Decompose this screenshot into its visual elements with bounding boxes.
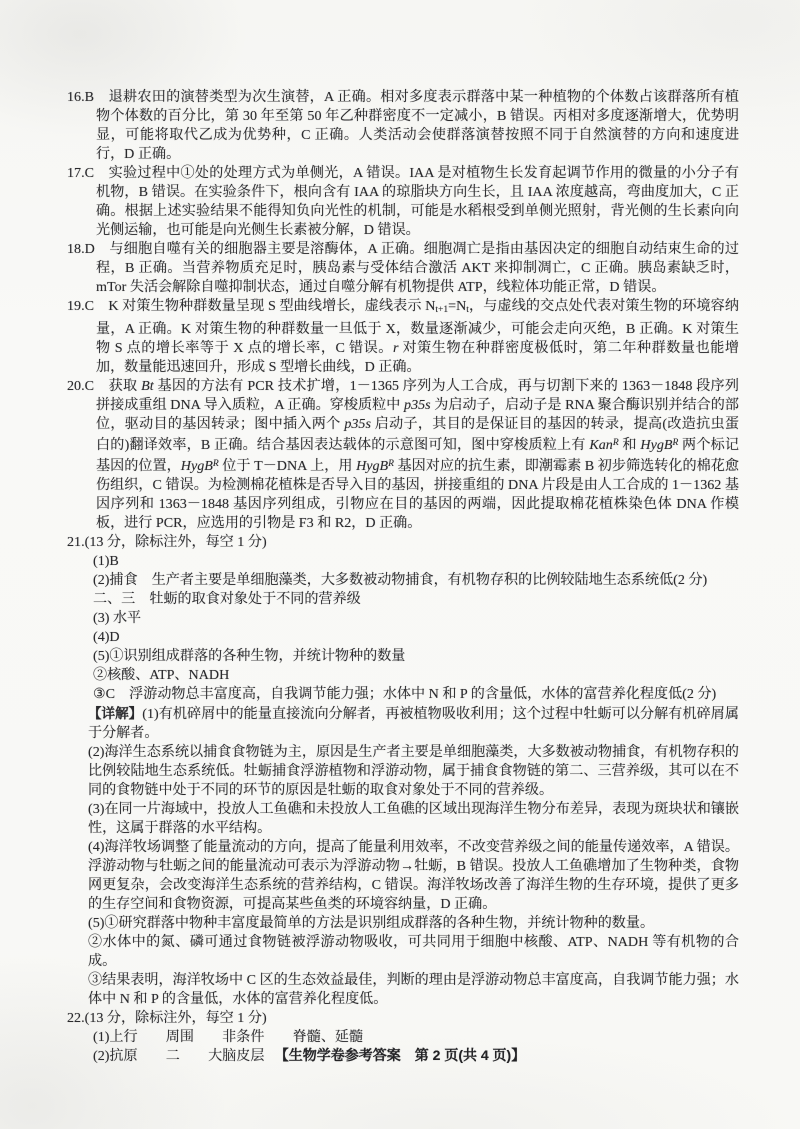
answer-21-5-1: (5)①识别组成群落的各种生物，并统计物种的数量 [93, 647, 739, 666]
answer-20: 20.C 获取 Bt 基因的方法有 PCR 技术扩增，1－1365 序列为人工合… [67, 377, 739, 533]
answer-text-run: ③C 浮游动物总丰富度高，自我调节能力强；水体中 N 和 P 的含量低，水体的富… [93, 686, 716, 702]
answer-text-run: 和 [619, 437, 641, 453]
answer-text-run: HygB [640, 437, 672, 453]
detail-21-1: 【详解】(1)有机碎屑中的能量直接流向分解者，再被植物吸收利用；这个过程中牡蛎可… [88, 704, 739, 743]
answer-text-run: 获取 [94, 378, 141, 394]
detail-21-5-1: (5)①研究群落中物种丰富度最简单的方法是识别组成群落的各种生物，并统计物种的数… [88, 914, 739, 933]
answer-17: 17.C 实验过程中①处的处理方式为单侧光，A 错误。IAA 是对植物生长发育起… [67, 164, 739, 240]
answer-21-1: (1)B [93, 552, 739, 571]
answer-21-2: (2)捕食 生产者主要是单细胞藻类，大多数被动物捕食，有机物存积的比例较陆地生态… [93, 571, 739, 590]
answer-text-run: p35s [344, 416, 371, 432]
answer-text-run: (1)上行 周围 非条件 脊髓、延髓 [93, 1029, 363, 1045]
answer-text-run: ②核酸、ATP、NADH [93, 667, 229, 683]
answers-list: 16.B 退耕农田的演替类型为次生演替，A 正确。相对多度表示群落中某一种植物的… [67, 88, 739, 1066]
answer-19: 19.C K 对策生物种群数量呈现 S 型曲线增长，虚线表示 Nt+1=Nt，与… [67, 297, 739, 377]
answer-text-run: (5)①研究群落中物种丰富度最简单的方法是识别组成群落的各种生物，并统计物种的数… [88, 915, 654, 931]
detail-21-4: (4)海洋牧场调整了能量流动的方向，提高了能量利用效率，不改变营养级之间的能量传… [88, 838, 739, 914]
detail-21-2: (2)海洋生态系统以捕食食物链为主，原因是生产者主要是单细胞藻类，大多数被动物捕… [88, 743, 739, 800]
answer-text-run: 实验过程中①处的处理方式为单侧光，A 错误。IAA 是对植物生长发育起调节作用的… [94, 165, 739, 238]
answer-text-run: 【详解】 [88, 706, 142, 721]
answer-number: 20.C [67, 378, 94, 394]
answer-text-run: ③结果表明，海洋牧场中 C 区的生态效益最佳，判断的理由是浮游动物总丰富度高，自… [88, 972, 739, 1007]
answer-text-run: K 对策生物种群数量呈现 S 型曲线增长，虚线表示 N [94, 298, 435, 314]
answer-text-run: HygB [181, 458, 213, 474]
answer-number: 19.C [67, 298, 94, 314]
answer-text-run: 二、三 牡蛎的取食对象处于不同的营养级 [93, 591, 361, 607]
answer-text-run: (1)B [93, 553, 119, 569]
answer-text-run: p35s [404, 397, 431, 413]
answer-21-3: (3) 水平 [93, 609, 739, 628]
detail-21-5-2: ②水体中的氮、磷可通过食物链被浮游动物吸收，可共同用于细胞中核酸、ATP、NAD… [88, 933, 739, 971]
answer-text-run: t+1 [435, 305, 448, 315]
answer-text-run: 与细胞自噬有关的细胞器主要是溶酶体，A 正确。细胞凋亡是指由基因决定的细胞自动结… [95, 241, 739, 295]
answer-text-run: (4)D [93, 629, 120, 645]
answer-21-5-2: ②核酸、ATP、NADH [93, 666, 739, 685]
answer-text-run: Bt [141, 378, 154, 394]
answer-21-2b: 二、三 牡蛎的取食对象处于不同的营养级 [93, 590, 739, 609]
page-footer: 【生物学卷参考答案 第 2 页(共 4 页)】 [0, 1045, 800, 1065]
answer-text-run: Kan [589, 437, 613, 453]
answer-text-run: (2)捕食 生产者主要是单细胞藻类，大多数被动物捕食，有机物存积的比例较陆地生态… [93, 572, 707, 588]
answer-text-run: 退耕农田的演替类型为次生演替，A 正确。相对多度表示群落中某一种植物的个体数占该… [94, 89, 739, 162]
answer-text-run: (3) 水平 [93, 610, 141, 626]
answer-text-run: (3)在同一片海域中，投放人工鱼礁和未投放人工鱼礁的区域出现海洋生物分布差异，表… [88, 801, 739, 836]
answer-text-run: HygB [356, 458, 388, 474]
answer-22-header: 22.(13 分，除标注外，每空 1 分) [67, 1009, 739, 1028]
answer-16: 16.B 退耕农田的演替类型为次生演替，A 正确。相对多度表示群落中某一种植物的… [67, 88, 739, 164]
answer-number: 21. [67, 534, 85, 550]
answer-number: 17.C [67, 165, 94, 181]
scanned-answer-page: 16.B 退耕农田的演替类型为次生演替，A 正确。相对多度表示群落中某一种植物的… [0, 0, 800, 1129]
answer-text-run: (13 分，除标注外，每空 1 分) [85, 1010, 267, 1026]
answer-number: 18.D [67, 241, 95, 257]
answer-number: 22. [67, 1010, 85, 1026]
answer-text-run: (4)海洋牧场调整了能量流动的方向，提高了能量利用效率，不改变营养级之间的能量传… [88, 839, 739, 912]
answer-21-header: 21.(13 分，除标注外，每空 1 分) [67, 533, 739, 552]
detail-21-5-3: ③结果表明，海洋牧场中 C 区的生态效益最佳，判断的理由是浮游动物总丰富度高，自… [88, 971, 739, 1009]
detail-21-3: (3)在同一片海域中，投放人工鱼礁和未投放人工鱼礁的区域出现海洋生物分布差异，表… [88, 800, 739, 838]
answer-text-run: =N [448, 298, 466, 314]
answer-number: 16.B [67, 89, 94, 105]
answer-21-4: (4)D [93, 628, 739, 647]
answer-text-run: (13 分，除标注外，每空 1 分) [85, 534, 267, 550]
answer-text-run: ②水体中的氮、磷可通过食物链被浮游动物吸收，可共同用于细胞中核酸、ATP、NAD… [88, 934, 739, 969]
answer-21-5-3: ③C 浮游动物总丰富度高，自我调节能力强；水体中 N 和 P 的含量低，水体的富… [93, 685, 739, 704]
answer-18: 18.D 与细胞自噬有关的细胞器主要是溶酶体，A 正确。细胞凋亡是指由基因决定的… [67, 240, 739, 297]
answer-text-run: (2)海洋生态系统以捕食食物链为主，原因是生产者主要是单细胞藻类，大多数被动物捕… [88, 744, 739, 798]
answer-text-run: 位于 T－DNA 上，用 [219, 458, 356, 474]
answer-text-run: (5)①识别组成群落的各种生物，并统计物种的数量 [93, 648, 405, 664]
answer-text-run: (1)有机碎屑中的能量直接流向分解者，再被植物吸收利用；这个过程中牡蛎可以分解有… [88, 706, 739, 741]
